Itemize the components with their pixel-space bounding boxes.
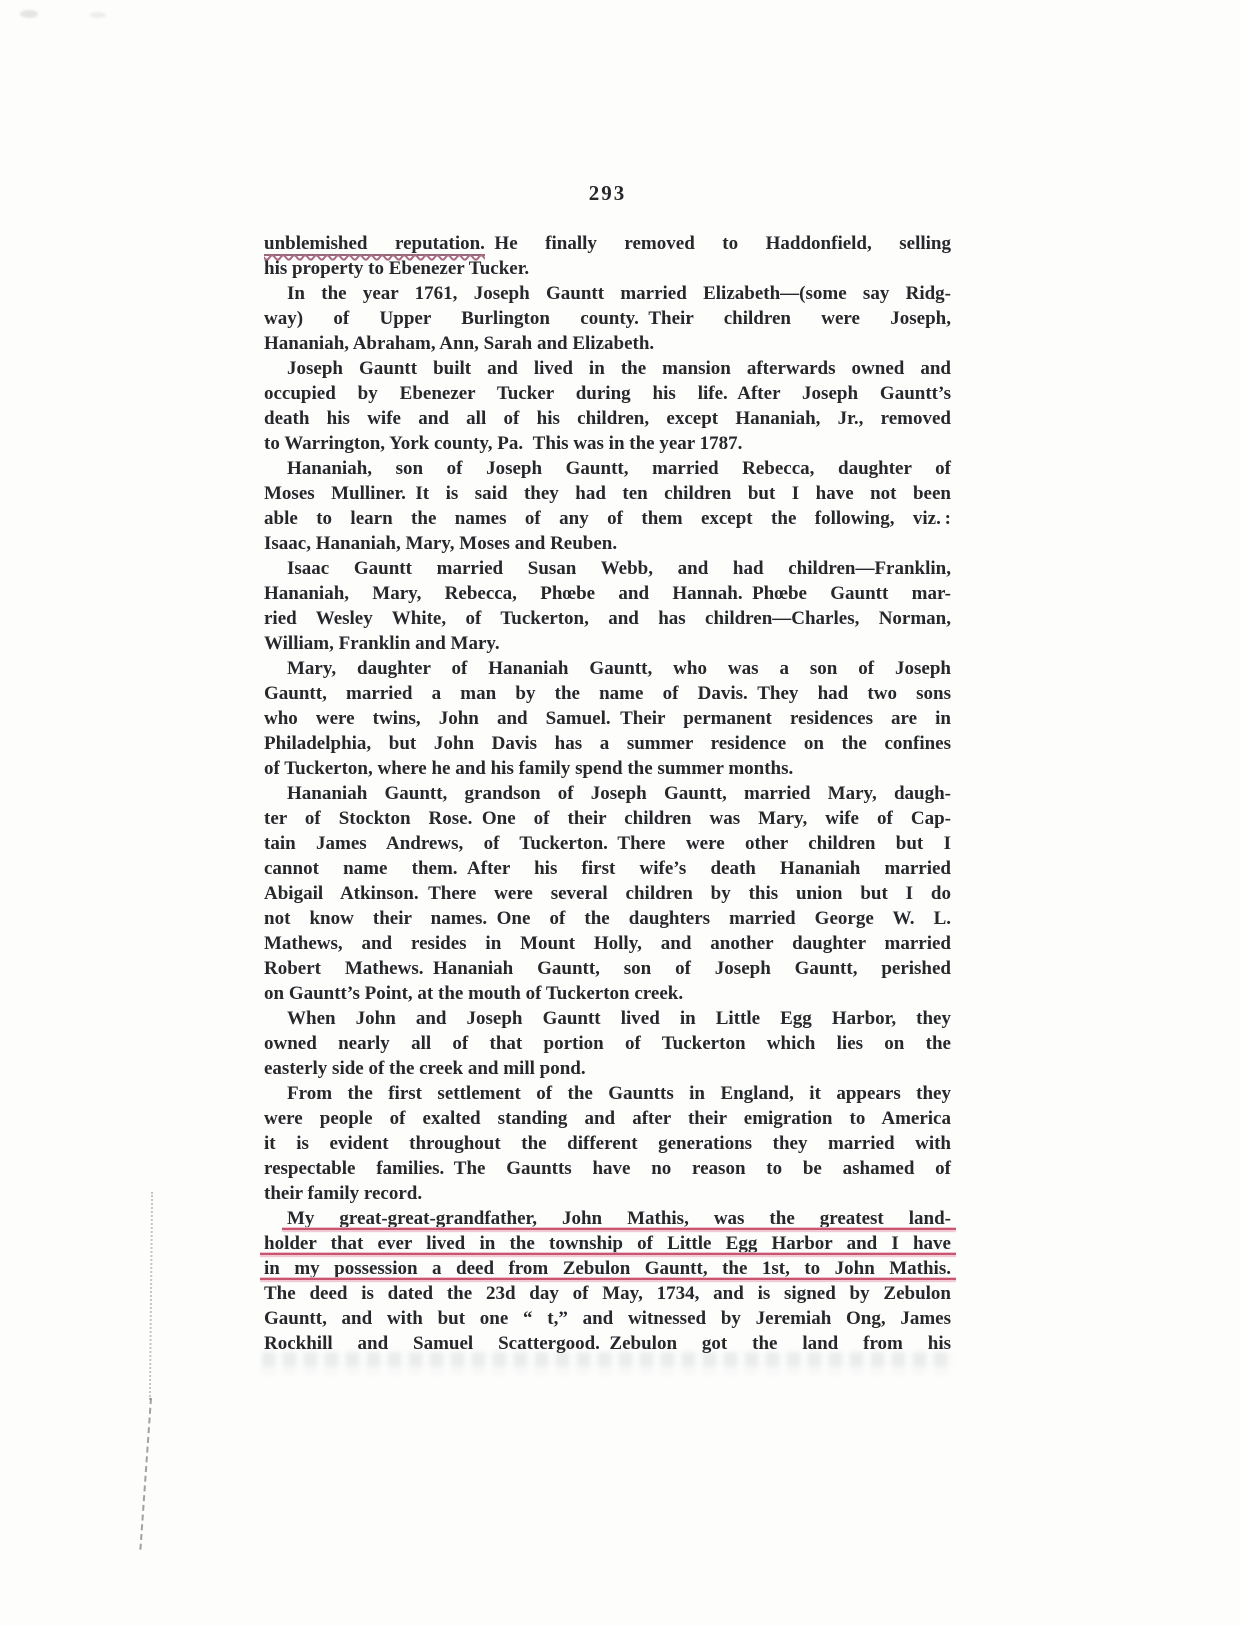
text-line: were people of exalted standing and afte… [264, 1106, 951, 1131]
page-crease-mark [139, 1398, 152, 1550]
underlined-text-line: in my possession a deed from Zebulon Gau… [264, 1256, 951, 1281]
text-line: Hananiah, Abraham, Ann, Sarah and Elizab… [264, 331, 951, 356]
text-line: Robert Mathews. Hananiah Gauntt, son of … [264, 956, 951, 981]
underlined-text-line: holder that ever lived in the township o… [264, 1231, 951, 1256]
text-line: Philadelphia, but John Davis has a summe… [264, 731, 951, 756]
text-line: Hananiah, son of Joseph Gauntt, married … [264, 456, 951, 481]
text-line: The deed is dated the 23d day of May, 17… [264, 1281, 951, 1306]
text-line: of Tuckerton, where he and his family sp… [264, 756, 951, 781]
text-line: Joseph Gauntt built and lived in the man… [264, 356, 951, 381]
red-scribble-underlined-text: unblemished reputation. [264, 233, 485, 256]
text-line: his property to Ebenezer Tucker. [264, 256, 951, 281]
text-line: William, Franklin and Mary. [264, 631, 951, 656]
text-line: Gauntt, married a man by the name of Dav… [264, 681, 951, 706]
page-crease-mark [149, 1192, 153, 1400]
text-line: respectable families. The Gauntts have n… [264, 1156, 951, 1181]
text-line: ter of Stockton Rose. One of their child… [264, 806, 951, 831]
text-line: In the year 1761, Joseph Gauntt married … [264, 281, 951, 306]
text-line: When John and Joseph Gauntt lived in Lit… [264, 1006, 951, 1031]
text-line: Moses Mulliner. It is said they had ten … [264, 481, 951, 506]
text-line: their family record. [264, 1181, 951, 1206]
text-line: Hananiah Gauntt, grandson of Joseph Gaun… [264, 781, 951, 806]
text-line: who were twins, John and Samuel. Their p… [264, 706, 951, 731]
text-line: Mary, daughter of Hananiah Gauntt, who w… [264, 656, 951, 681]
text-line: death his wife and all of his children, … [264, 406, 951, 431]
text-line: occupied by Ebenezer Tucker during his l… [264, 381, 951, 406]
text-line: it is evident throughout the different g… [264, 1131, 951, 1156]
text-line: Mathews, and resides in Mount Holly, and… [264, 931, 951, 956]
text-block: unblemished reputation. He finally remov… [264, 231, 951, 1356]
text-line: ried Wesley White, of Tuckerton, and has… [264, 606, 951, 631]
text-line: unblemished reputation. He finally remov… [264, 231, 951, 256]
text-segment: He finally removed to Haddonfield, selli… [485, 233, 951, 254]
text-line: Isaac Gauntt married Susan Webb, and had… [264, 556, 951, 581]
underlined-text-line: My great-great-grandfather, John Mathis,… [264, 1206, 951, 1231]
bleed-through-smudge [262, 1352, 954, 1367]
text-line: able to learn the names of any of them e… [264, 506, 951, 531]
text-line: easterly side of the creek and mill pond… [264, 1056, 951, 1081]
text-line: Gauntt, and with but one “ t,” and witne… [264, 1306, 951, 1331]
scanned-book-page: 293 unblemished reputation. He finally r… [0, 0, 1240, 1626]
scan-smudge [20, 10, 38, 18]
page-number: 293 [264, 181, 951, 205]
text-line: Isaac, Hananiah, Mary, Moses and Reuben. [264, 531, 951, 556]
text-line: way) of Upper Burlington county. Their c… [264, 306, 951, 331]
bleed-through-smudge [262, 1368, 954, 1375]
text-line: Abigail Atkinson. There were several chi… [264, 881, 951, 906]
text-line: Hananiah, Mary, Rebecca, Phœbe and Hanna… [264, 581, 951, 606]
text-line: to Warrington, York county, Pa. This was… [264, 431, 951, 456]
text-line: cannot name them. After his first wife’s… [264, 856, 951, 881]
text-line: not know their names. One of the daughte… [264, 906, 951, 931]
text-line: tain James Andrews, of Tuckerton. There … [264, 831, 951, 856]
text-line: owned nearly all of that portion of Tuck… [264, 1031, 951, 1056]
scan-smudge [90, 12, 106, 18]
text-line: From the first settlement of the Gauntts… [264, 1081, 951, 1106]
text-line: on Gauntt’s Point, at the mouth of Tucke… [264, 981, 951, 1006]
